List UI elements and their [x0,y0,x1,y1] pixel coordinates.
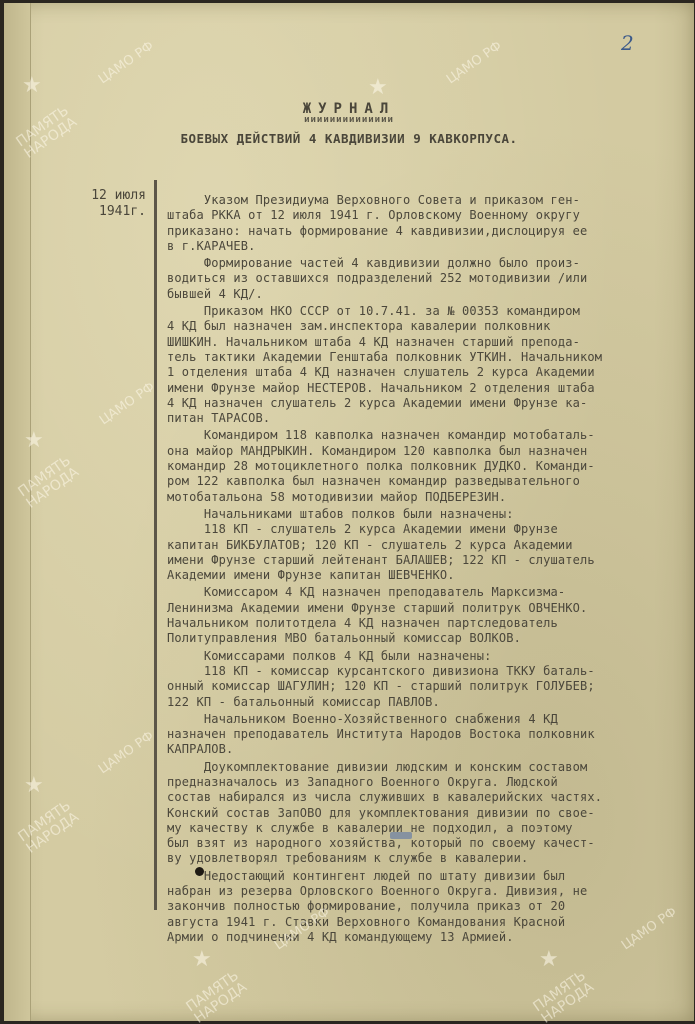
watermark-project-line2: НАРОДА [24,465,81,511]
paragraph: Комиссарами полков 4 КД были назначены: … [167,649,695,710]
paragraph: Комиссаром 4 КД назначен преподаватель М… [167,585,695,646]
text-line: капитан БИКБУЛАТОВ; 120 КП - слушатель 2… [167,538,695,553]
text-line: онный комиссар ШАГУЛИН; 120 КП - старший… [167,679,695,694]
paragraph: Формирование частей 4 кавдивизии должно … [167,256,695,302]
document-page: 2 ЖУРНАЛ ииииииииииииии БОЕВЫХ ДЕЙСТВИЙ … [4,3,694,1021]
text-line: в г.КАРАЧЕВ. [167,239,695,254]
title-underline: ииииииииииииии [4,115,694,125]
paragraph: Доукомплектование дивизии людским и конс… [167,760,695,867]
watermark-archive: ЦАМО РФ [97,380,158,429]
watermark-project-line1: ПАМЯТЬ [531,969,588,1015]
text-line: она майор МАНДРЫКИН. Командиром 120 кавп… [167,444,695,459]
text-line: Указом Президиума Верховного Совета и пр… [167,193,695,208]
text-line: тель тактики Академии Генштаба полковник… [167,350,695,365]
paragraph: Начальниками штабов полков были назначен… [167,507,695,583]
entry-date-day: 12 июля [74,188,146,204]
text-line: водиться из оставшихся подразделений 252… [167,271,695,286]
entry-date: 12 июля 1941г. [74,188,146,220]
text-line: Армии о подчинении 4 КД командующему 13 … [167,930,695,945]
text-line: Доукомплектование дивизии людским и конс… [167,760,695,775]
text-line: Академии имени Фрунзе капитан ШЕВЧЕНКО. [167,568,695,583]
text-line: ШИШКИН. Начальником штаба 4 КД назначен … [167,335,695,350]
journal-entry-text: Указом Президиума Верховного Совета и пр… [167,193,695,947]
watermark-archive: ЦАМО РФ [96,729,157,778]
text-line: Формирование частей 4 кавдивизии должно … [167,256,695,271]
text-line: штаба РККА от 12 июля 1941 г. Орловскому… [167,208,695,223]
document-subtitle: БОЕВЫХ ДЕЙСТВИЙ 4 КАВДИВИЗИИ 9 КАВКОРПУС… [4,131,694,146]
text-line: Начальником Военно-Хозяйственного снабже… [167,712,695,727]
entry-date-year: 1941г. [74,204,146,220]
text-line: имени Фрунзе майор НЕСТЕРОВ. Начальником… [167,381,695,396]
star-watermark-icon: ★ [192,947,212,972]
paragraph: Недостающий контингент людей по штату ди… [167,869,695,945]
watermark-archive: ЦАМО РФ [96,39,157,88]
text-line: 118 КП - комиссар курсантского дивизиона… [167,664,695,679]
text-line: мотобатальона 58 мотодивизии майор ПОДБЕ… [167,490,695,505]
star-watermark-icon: ★ [539,947,559,972]
text-line: состав набирался из числа служивших в ка… [167,790,695,805]
text-line: назначен преподаватель Института Народов… [167,727,695,742]
watermark-project-line2: НАРОДА [24,810,81,856]
text-line: командир 28 мотоциклетного полка полковн… [167,459,695,474]
text-line: приказано: начать формирование 4 кавдиви… [167,224,695,239]
text-line: Комиссарами полков 4 КД были назначены: [167,649,695,664]
star-watermark-icon: ★ [368,75,388,100]
text-line: 122 КП - батальонный комиссар ПАВЛОВ. [167,695,695,710]
text-line: Конский состав ЗапОВО для укомплектовани… [167,806,695,821]
text-line: 4 КД назначен слушатель 2 курса Академии… [167,396,695,411]
paragraph: Командиром 118 кавполка назначен команди… [167,428,695,504]
watermark-project-line2: НАРОДА [539,980,596,1024]
text-line: Начальником политотдела 4 КД назначен па… [167,616,695,631]
watermark-archive: ЦАМО РФ [444,39,505,88]
text-line: Командиром 118 кавполка назначен команди… [167,428,695,443]
text-line: питан ТАРАСОВ. [167,411,695,426]
text-line: ву удовлетворял требованиям к службе в к… [167,851,695,866]
text-line: 118 КП - слушатель 2 курса Академии имен… [167,522,695,537]
ink-blot [195,867,204,876]
text-line: му качеству к службе в кавалерии не подх… [167,821,695,836]
text-line: бывшей 4 КД/. [167,287,695,302]
text-line: Приказом НКО СССР от 10.7.41. за № 00353… [167,304,695,319]
paragraph: Начальником Военно-Хозяйственного снабже… [167,712,695,758]
text-line: Политуправления МВО батальонный комиссар… [167,631,695,646]
page-number: 2 [621,31,634,55]
text-line: ром 122 кавполка был назначен командир р… [167,474,695,489]
text-line: августа 1941 г. Ставки Верховного Команд… [167,915,695,930]
text-line: имени Фрунзе старший лейтенант БАЛАШЕВ; … [167,553,695,568]
text-line: набран из резерва Орловского Военного Ок… [167,884,695,899]
watermark-project: ПАМЯТЬ НАРОДА [184,969,249,1024]
text-line: Начальниками штабов полков были назначен… [167,507,695,522]
text-line: Комиссаром 4 КД назначен преподаватель М… [167,585,695,600]
watermark-project-line1: ПАМЯТЬ [184,969,241,1015]
margin-divider [154,180,157,910]
text-line: был взят из народного хозяйства, который… [167,836,695,851]
text-line: КАПРАЛОВ. [167,742,695,757]
binding-margin [4,3,31,1021]
blue-ink-mark [390,832,412,839]
text-line: предназначалось из Западного Военного Ок… [167,775,695,790]
text-line: 4 КД был назначен зам.инспектора кавалер… [167,319,695,334]
paragraph: Указом Президиума Верховного Совета и пр… [167,193,695,254]
text-line: закончив полностью формирование, получил… [167,899,695,914]
paragraph: Приказом НКО СССР от 10.7.41. за № 00353… [167,304,695,426]
text-line: 1 отделения штаба 4 КД назначен слушател… [167,365,695,380]
watermark-project: ПАМЯТЬ НАРОДА [531,969,596,1024]
text-line: Недостающий контингент людей по штату ди… [167,869,695,884]
text-line: Ленинизма Академии имени Фрунзе старший … [167,601,695,616]
watermark-project-line2: НАРОДА [192,980,249,1024]
